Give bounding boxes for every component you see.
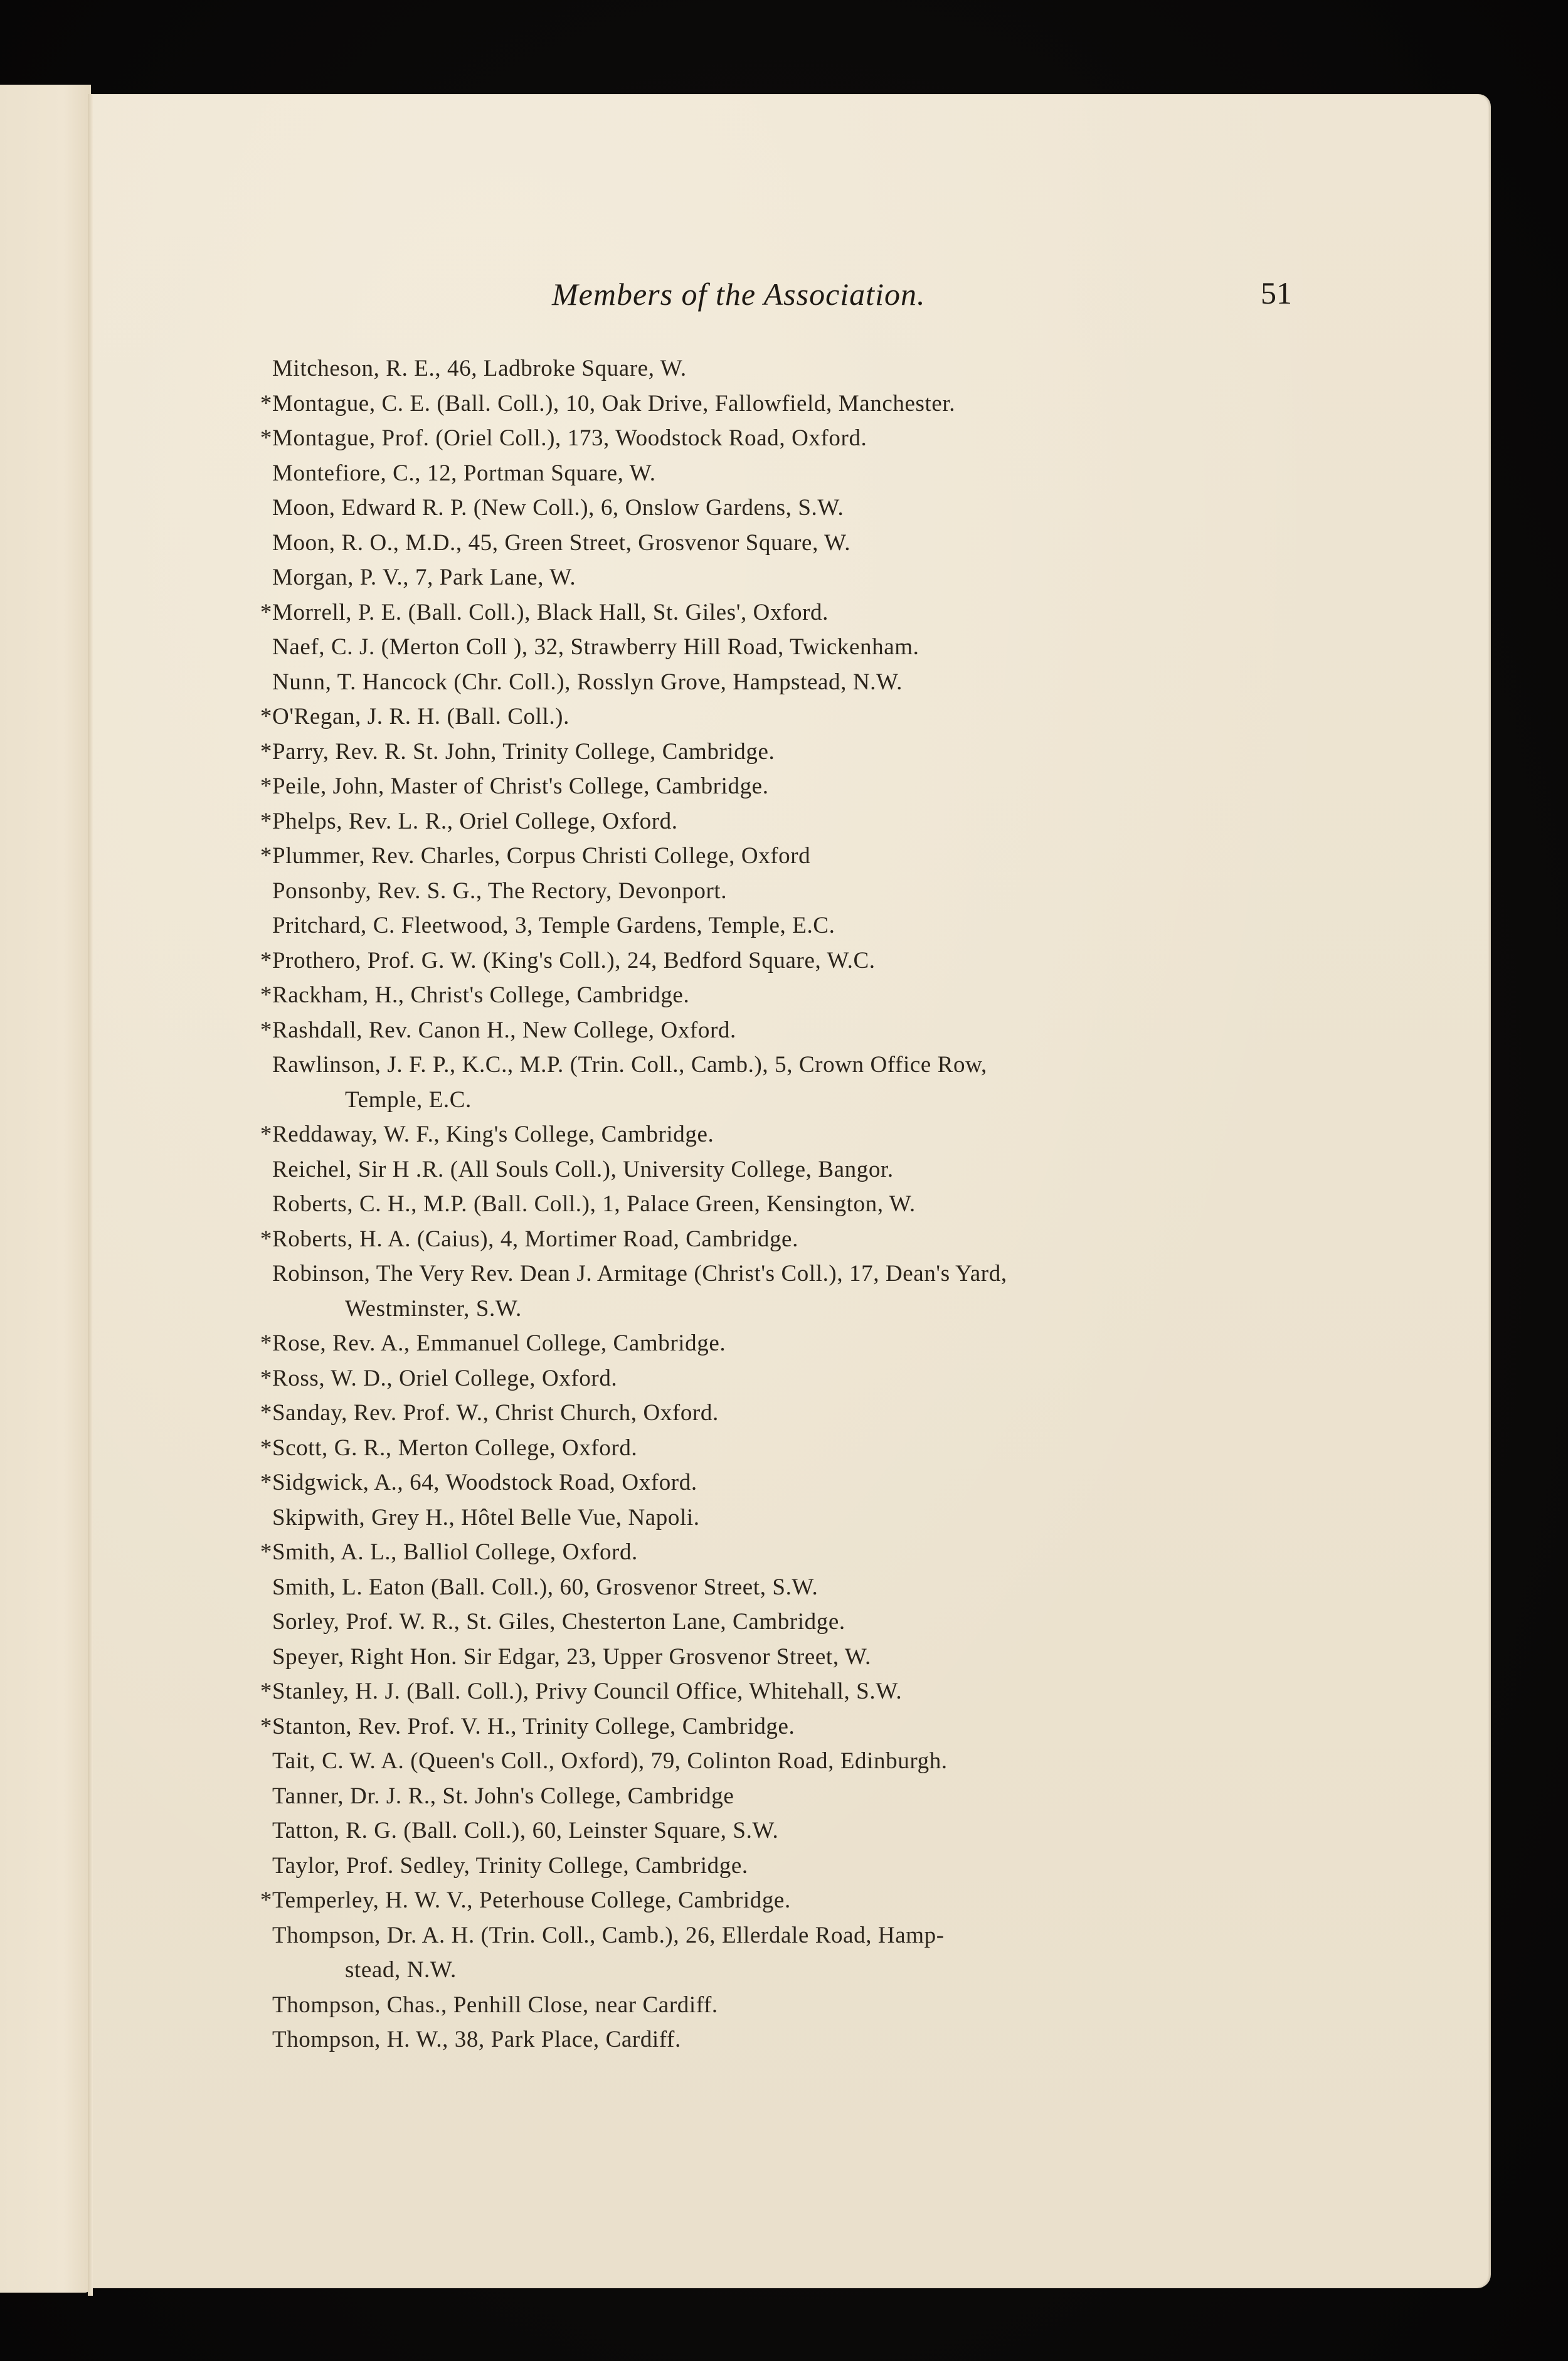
member-entry-text: Sorley, Prof. W. R., St. Giles, Chestert… (272, 1609, 845, 1635)
member-entry: Thompson, Dr. A. H. (Trin. Coll., Camb.)… (251, 1918, 1317, 1953)
member-entry: Moon, Edward R. P. (New Coll.), 6, Onslo… (251, 491, 1317, 526)
member-entry: Robinson, The Very Rev. Dean J. Armitage… (251, 1256, 1317, 1292)
member-entry: Ponsonby, Rev. S. G., The Rectory, Devon… (251, 874, 1317, 909)
member-entry: *Prothero, Prof. G. W. (King's Coll.), 2… (251, 943, 1317, 979)
member-entry: *Scott, G. R., Merton College, Oxford. (251, 1431, 1317, 1466)
member-entry-text: Montague, Prof. (Oriel Coll.), 173, Wood… (272, 425, 867, 451)
asterisk-marker: * (253, 1326, 272, 1361)
member-entry: Skipwith, Grey H., Hôtel Belle Vue, Napo… (251, 1500, 1317, 1536)
member-entry-text: Nunn, T. Hancock (Chr. Coll.), Rosslyn G… (272, 669, 903, 695)
member-entry: *Stanton, Rev. Prof. V. H., Trinity Coll… (251, 1709, 1317, 1744)
member-entry-continuation: Westminster, S.W. (251, 1292, 1317, 1327)
member-entry: *Rashdall, Rev. Canon H., New College, O… (251, 1013, 1317, 1048)
member-entry: Nunn, T. Hancock (Chr. Coll.), Rosslyn G… (251, 665, 1317, 700)
member-entry: *Sanday, Rev. Prof. W., Christ Church, O… (251, 1396, 1317, 1431)
member-entry-text: Temple, E.C. (345, 1087, 472, 1113)
asterisk-marker: * (253, 1013, 272, 1048)
member-entry-text: Plummer, Rev. Charles, Corpus Christi Co… (272, 843, 810, 869)
member-entry-text: Morrell, P. E. (Ball. Coll.), Black Hall… (272, 600, 829, 625)
member-entry: Pritchard, C. Fleetwood, 3, Temple Garde… (251, 908, 1317, 943)
member-entry: *Peile, John, Master of Christ's College… (251, 769, 1317, 804)
member-entry: Naef, C. J. (Merton Coll ), 32, Strawber… (251, 630, 1317, 665)
member-entry: Reichel, Sir H .R. (All Souls Coll.), Un… (251, 1152, 1317, 1187)
member-entry-text: Rashdall, Rev. Canon H., New College, Ox… (272, 1017, 736, 1043)
asterisk-marker: * (253, 1431, 272, 1466)
member-entry-continuation: stead, N.W. (251, 1953, 1317, 1988)
member-entry-text: stead, N.W. (345, 1957, 457, 1983)
member-entry-text: Rackham, H., Christ's College, Cambridge… (272, 982, 689, 1008)
member-entry: *Rackham, H., Christ's College, Cambridg… (251, 978, 1317, 1013)
member-entry-text: Mitcheson, R. E., 46, Ladbroke Square, W… (272, 356, 687, 381)
member-entry: Smith, L. Eaton (Ball. Coll.), 60, Grosv… (251, 1570, 1317, 1605)
member-entry: *Plummer, Rev. Charles, Corpus Christi C… (251, 839, 1317, 874)
member-entry: *O'Regan, J. R. H. (Ball. Coll.). (251, 699, 1317, 735)
member-entry: *Montague, C. E. (Ball. Coll.), 10, Oak … (251, 386, 1317, 422)
member-entry-text: Sidgwick, A., 64, Woodstock Road, Oxford… (272, 1470, 697, 1495)
asterisk-marker: * (253, 1883, 272, 1918)
asterisk-marker: * (253, 1709, 272, 1744)
member-entry: *Smith, A. L., Balliol College, Oxford. (251, 1535, 1317, 1570)
member-entry: *Sidgwick, A., 64, Woodstock Road, Oxfor… (251, 1465, 1317, 1500)
member-entry-text: Morgan, P. V., 7, Park Lane, W. (272, 565, 576, 590)
member-entry: *Phelps, Rev. L. R., Oriel College, Oxfo… (251, 804, 1317, 839)
member-entry: *Rose, Rev. A., Emmanuel College, Cambri… (251, 1326, 1317, 1361)
asterisk-marker: * (253, 595, 272, 630)
facing-page-edge (0, 85, 91, 2293)
asterisk-marker: * (253, 1674, 272, 1709)
member-entry-text: Robinson, The Very Rev. Dean J. Armitage… (272, 1261, 1007, 1287)
member-entry: Rawlinson, J. F. P., K.C., M.P. (Trin. C… (251, 1048, 1317, 1083)
asterisk-marker: * (253, 386, 272, 422)
member-entry-text: Taylor, Prof. Sedley, Trinity College, C… (272, 1853, 748, 1879)
member-entry-text: Phelps, Rev. L. R., Oriel College, Oxfor… (272, 809, 678, 834)
member-entry-text: Rawlinson, J. F. P., K.C., M.P. (Trin. C… (272, 1052, 987, 1078)
running-head: Members of the Association. (552, 276, 925, 312)
member-entry-text: Peile, John, Master of Christ's College,… (272, 773, 769, 799)
member-entry: Moon, R. O., M.D., 45, Green Street, Gro… (251, 526, 1317, 561)
asterisk-marker: * (253, 804, 272, 839)
asterisk-marker: * (253, 1535, 272, 1570)
member-entry-text: Ponsonby, Rev. S. G., The Rectory, Devon… (272, 878, 727, 904)
member-entry: *Temperley, H. W. V., Peterhouse College… (251, 1883, 1317, 1918)
asterisk-marker: * (253, 839, 272, 874)
member-entry: Mitcheson, R. E., 46, Ladbroke Square, W… (251, 351, 1317, 386)
page-number: 51 (1261, 275, 1292, 311)
member-entry: Thompson, Chas., Penhill Close, near Car… (251, 1988, 1317, 2023)
member-entry-continuation: Temple, E.C. (251, 1083, 1317, 1118)
member-entry-text: Smith, A. L., Balliol College, Oxford. (272, 1539, 638, 1565)
member-entry-text: Rose, Rev. A., Emmanuel College, Cambrid… (272, 1330, 726, 1356)
member-entry: *Reddaway, W. F., King's College, Cambri… (251, 1117, 1317, 1152)
asterisk-marker: * (253, 1117, 272, 1152)
member-entry-text: Tanner, Dr. J. R., St. John's College, C… (272, 1783, 734, 1809)
asterisk-marker: * (253, 1396, 272, 1431)
member-entry-text: Parry, Rev. R. St. John, Trinity College… (272, 739, 775, 765)
member-entry-text: Montague, C. E. (Ball. Coll.), 10, Oak D… (272, 391, 955, 416)
member-entry-text: Roberts, C. H., M.P. (Ball. Coll.), 1, P… (272, 1191, 916, 1217)
member-entry: Montefiore, C., 12, Portman Square, W. (251, 456, 1317, 491)
member-entry: Tanner, Dr. J. R., St. John's College, C… (251, 1779, 1317, 1814)
member-entry-text: Speyer, Right Hon. Sir Edgar, 23, Upper … (272, 1644, 871, 1670)
asterisk-marker: * (253, 1361, 272, 1396)
member-entry: *Ross, W. D., Oriel College, Oxford. (251, 1361, 1317, 1396)
member-entry: Thompson, H. W., 38, Park Place, Cardiff… (251, 2022, 1317, 2057)
member-entry-text: Temperley, H. W. V., Peterhouse College,… (272, 1887, 791, 1913)
asterisk-marker: * (253, 943, 272, 979)
member-entry-text: Tait, C. W. A. (Queen's Coll., Oxford), … (272, 1748, 948, 1774)
member-entry-text: Montefiore, C., 12, Portman Square, W. (272, 460, 656, 486)
member-entry: Taylor, Prof. Sedley, Trinity College, C… (251, 1849, 1317, 1884)
member-entry: *Montague, Prof. (Oriel Coll.), 173, Woo… (251, 421, 1317, 456)
member-entry-text: Skipwith, Grey H., Hôtel Belle Vue, Napo… (272, 1505, 700, 1531)
member-entry: Morgan, P. V., 7, Park Lane, W. (251, 560, 1317, 595)
member-entry-text: Ross, W. D., Oriel College, Oxford. (272, 1366, 617, 1391)
member-entry: *Morrell, P. E. (Ball. Coll.), Black Hal… (251, 595, 1317, 630)
member-entry-text: Stanley, H. J. (Ball. Coll.), Privy Coun… (272, 1679, 902, 1704)
member-entry-text: Westminster, S.W. (345, 1296, 522, 1322)
asterisk-marker: * (253, 421, 272, 456)
member-entry-text: Smith, L. Eaton (Ball. Coll.), 60, Grosv… (272, 1574, 818, 1600)
member-entry-text: Moon, Edward R. P. (New Coll.), 6, Onslo… (272, 495, 844, 521)
member-entry: *Roberts, H. A. (Caius), 4, Mortimer Roa… (251, 1222, 1317, 1257)
asterisk-marker: * (253, 1222, 272, 1257)
member-entry-text: Sanday, Rev. Prof. W., Christ Church, Ox… (272, 1400, 719, 1426)
asterisk-marker: * (253, 769, 272, 804)
member-entry-text: Prothero, Prof. G. W. (King's Coll.), 24… (272, 948, 876, 974)
member-entry-text: Thompson, Chas., Penhill Close, near Car… (272, 1992, 718, 2018)
member-entry: Tatton, R. G. (Ball. Coll.), 60, Leinste… (251, 1813, 1317, 1849)
member-list: Mitcheson, R. E., 46, Ladbroke Square, W… (251, 351, 1317, 2057)
member-entry-text: O'Regan, J. R. H. (Ball. Coll.). (272, 704, 569, 730)
member-entry-text: Stanton, Rev. Prof. V. H., Trinity Colle… (272, 1714, 795, 1739)
member-entry: Tait, C. W. A. (Queen's Coll., Oxford), … (251, 1744, 1317, 1779)
page-gutter (88, 94, 93, 2296)
asterisk-marker: * (253, 699, 272, 735)
member-entry-text: Reichel, Sir H .R. (All Souls Coll.), Un… (272, 1157, 894, 1182)
member-entry: *Parry, Rev. R. St. John, Trinity Colleg… (251, 735, 1317, 770)
member-entry: *Stanley, H. J. (Ball. Coll.), Privy Cou… (251, 1674, 1317, 1709)
member-entry-text: Roberts, H. A. (Caius), 4, Mortimer Road… (272, 1226, 798, 1252)
member-entry-text: Naef, C. J. (Merton Coll ), 32, Strawber… (272, 634, 919, 660)
member-entry-text: Reddaway, W. F., King's College, Cambrid… (272, 1122, 714, 1147)
asterisk-marker: * (253, 1465, 272, 1500)
member-entry-text: Scott, G. R., Merton College, Oxford. (272, 1435, 637, 1461)
member-entry-text: Thompson, Dr. A. H. (Trin. Coll., Camb.)… (272, 1923, 945, 1948)
member-entry-text: Moon, R. O., M.D., 45, Green Street, Gro… (272, 530, 850, 556)
member-entry-text: Thompson, H. W., 38, Park Place, Cardiff… (272, 2027, 681, 2052)
asterisk-marker: * (253, 978, 272, 1013)
member-entry: Roberts, C. H., M.P. (Ball. Coll.), 1, P… (251, 1187, 1317, 1222)
asterisk-marker: * (253, 735, 272, 770)
member-entry-text: Tatton, R. G. (Ball. Coll.), 60, Leinste… (272, 1818, 778, 1844)
member-entry: Sorley, Prof. W. R., St. Giles, Chestert… (251, 1605, 1317, 1640)
member-entry: Speyer, Right Hon. Sir Edgar, 23, Upper … (251, 1640, 1317, 1675)
member-entry-text: Pritchard, C. Fleetwood, 3, Temple Garde… (272, 913, 835, 938)
